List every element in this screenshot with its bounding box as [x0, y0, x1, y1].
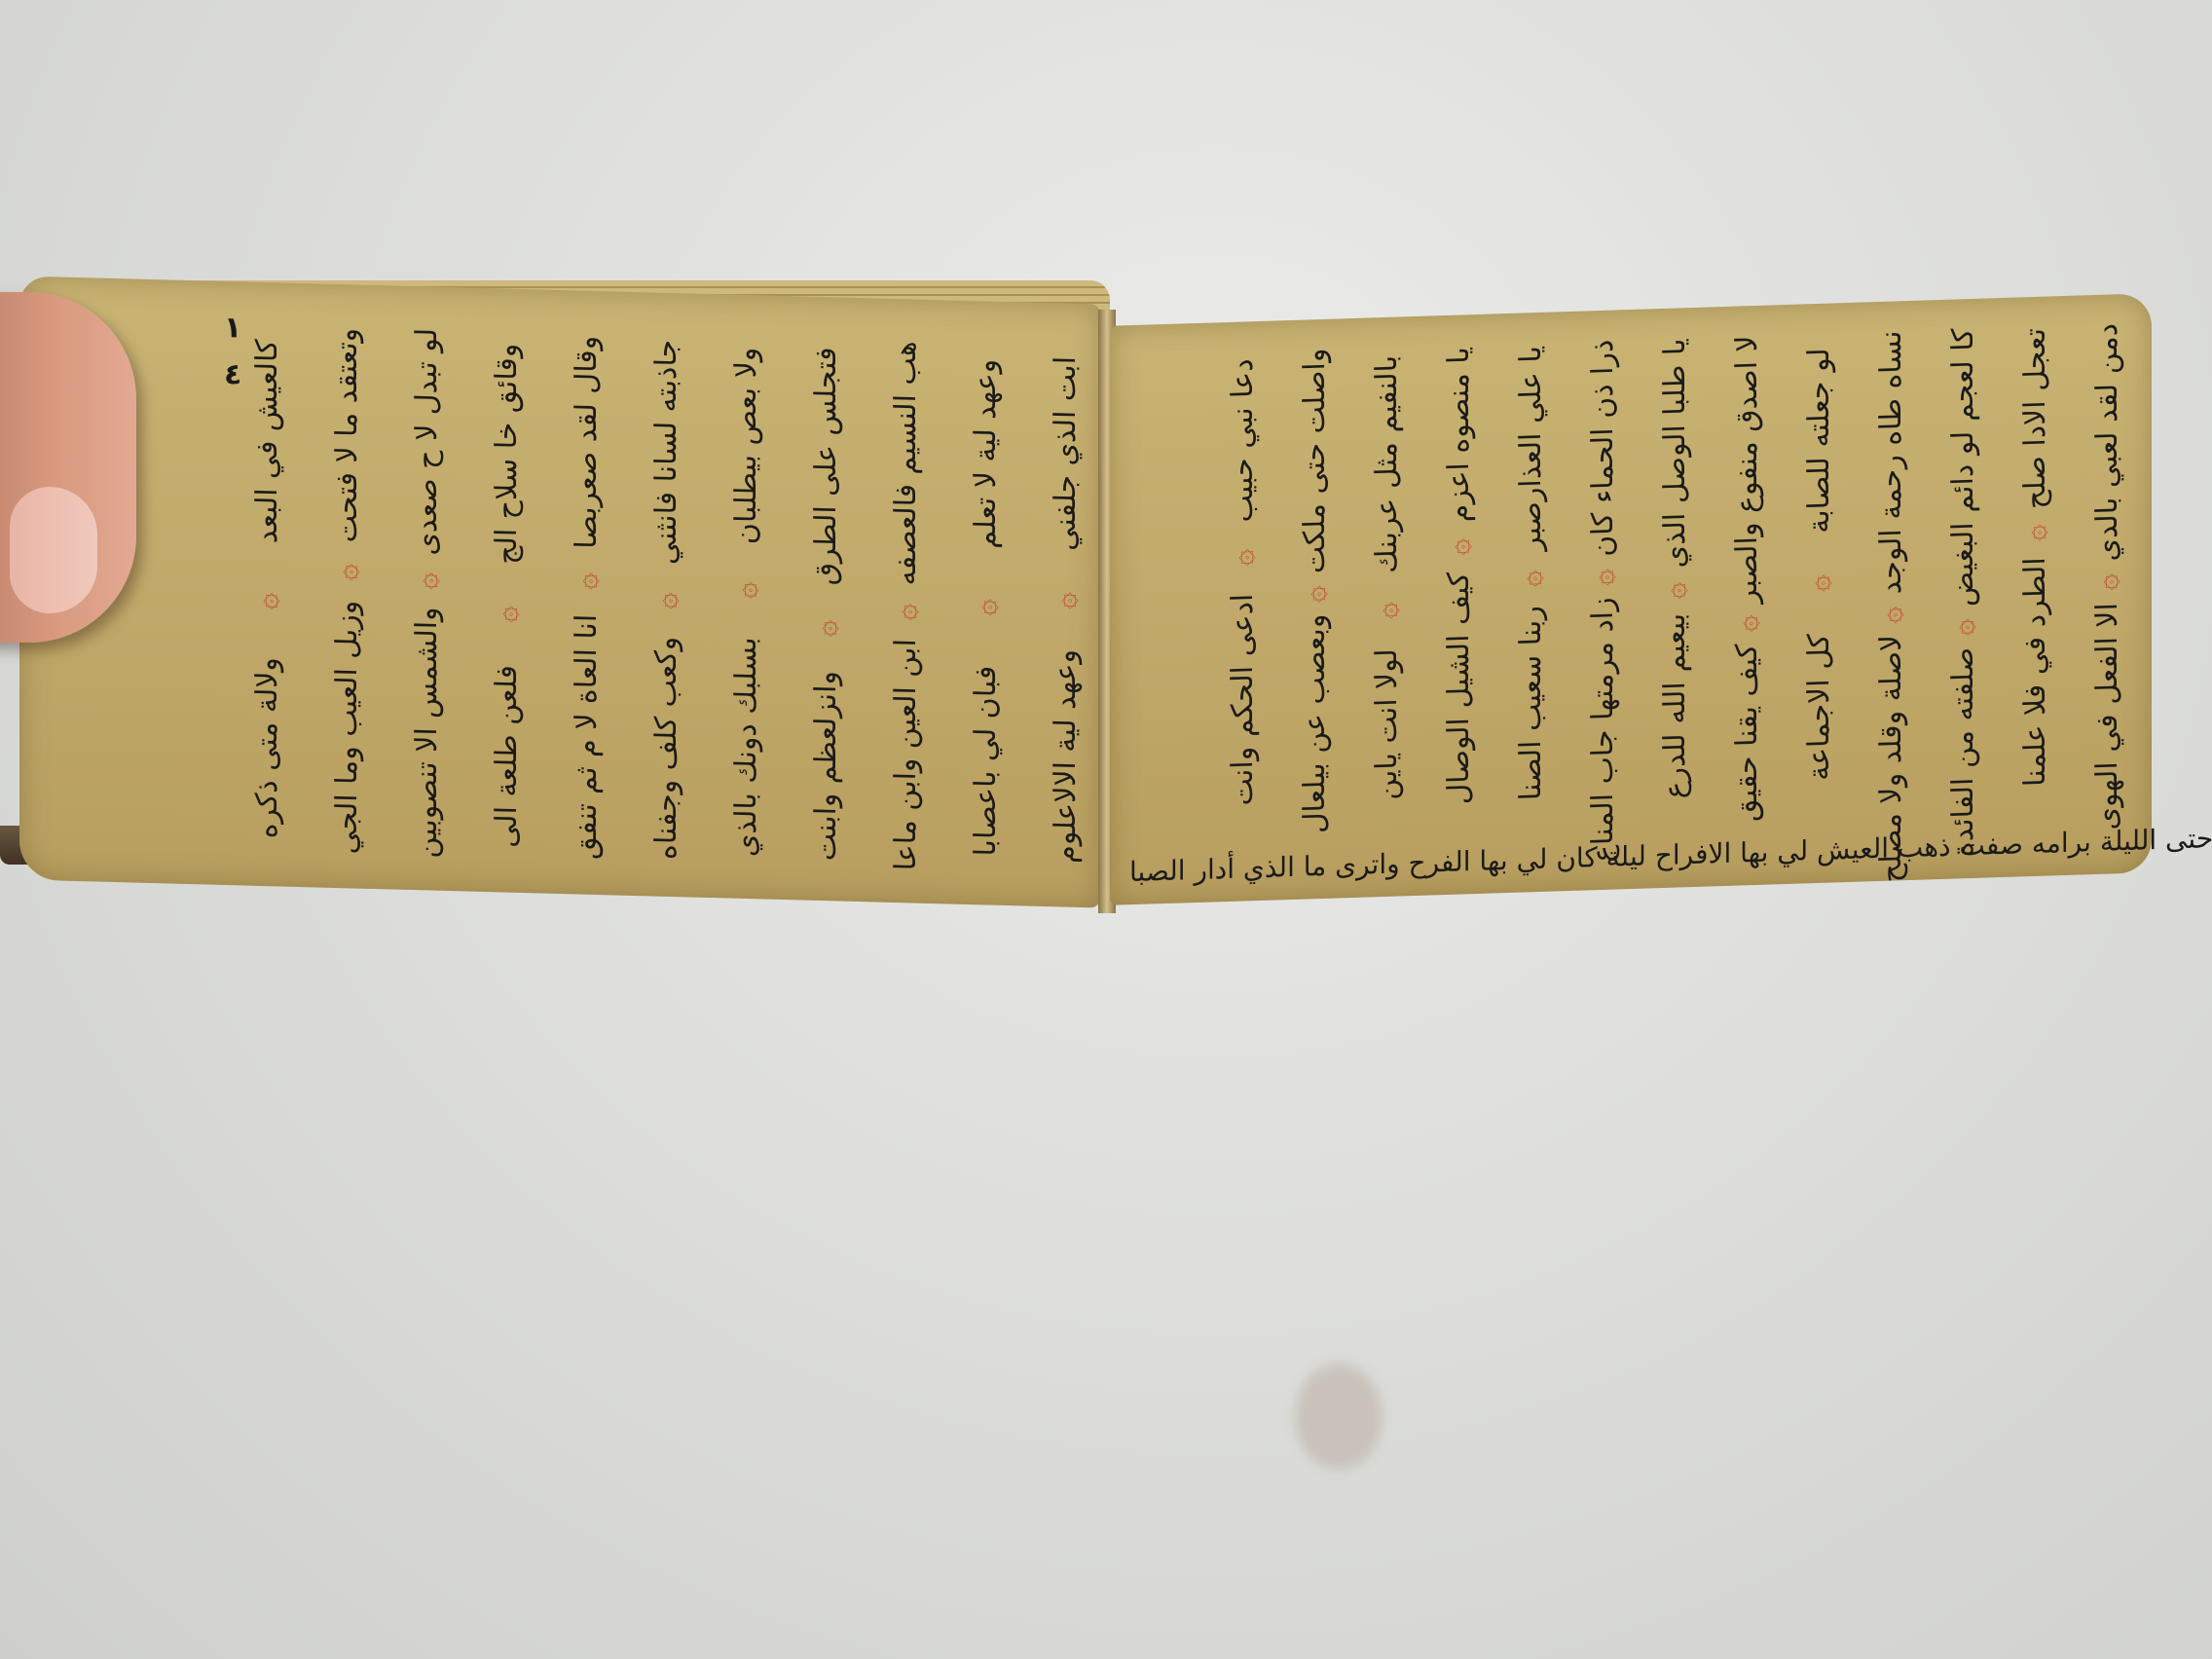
hemistich: ابت الذي جلفني	[1051, 356, 1081, 551]
bottom-margin-text: طلعه حتى الليلة برامه صفت ذهب العيش لي ب…	[1129, 820, 2212, 888]
verse-separator-icon: ۞	[413, 572, 442, 590]
hemistich: ادعى الحكم وانت	[1229, 593, 1258, 806]
hemistich: الا الفعل في الهوى	[2093, 602, 2122, 829]
verse-line: لو جعلته للصابة۞كل الاجماعة	[1805, 332, 1834, 795]
verse-separator-icon: ۞	[972, 599, 1001, 616]
verse-line: كالعيش في البعد۞ولالة متى ذكره	[253, 321, 282, 858]
hemistich: وانزلعظم وابنت	[812, 670, 841, 861]
verse-line: جاذبته لسانا فانثني۞وكعب كلف وجفناه	[652, 331, 682, 867]
verse-line: وتعتقد ما لا فتحت۞وزيل العيب وما الجي	[333, 323, 362, 860]
verse-separator-icon: ۞	[2021, 524, 2050, 542]
verse-separator-icon: ۞	[333, 563, 362, 580]
verse-separator-icon: ۞	[1051, 591, 1081, 608]
hemistich: زاد مرمتها جاب المناع	[1589, 597, 1618, 863]
verse-separator-icon: ۞	[1805, 574, 1834, 593]
verse-separator-icon: ۞	[1877, 606, 1906, 624]
hemistich: بسلبك دونك بالذي	[732, 636, 761, 857]
hemistich: كيف يقنا حقيق	[1733, 644, 1762, 823]
verse-line: ذرا ذن الحماء كان۞زاد مرمتها جاب المناع	[1589, 339, 1618, 802]
hemistich: والشمس الا تنصوبين	[413, 607, 442, 859]
verse-separator-icon: ۞	[1445, 537, 1474, 556]
hemistich: لاصلة وقلد ولا مصلح	[1877, 635, 1906, 884]
hemistich: ولا بعص بيطلبان	[732, 347, 761, 544]
verse-separator-icon: ۞	[1661, 581, 1690, 600]
hemistich: دعا نبي حبيب	[1229, 358, 1258, 523]
hemistich: ذرا ذن الحماء كان	[1589, 339, 1618, 557]
verse-line: هب النسيم فالعصفه۞ابن العين وابن ماعا	[892, 338, 921, 874]
verse-separator-icon: ۞	[652, 592, 682, 609]
hemistich: كالعيش في البعد	[253, 340, 282, 544]
hemistich: انا العاة لا م ثم تنفق	[572, 613, 602, 860]
hemistich: كيف الشيل الوصال	[1445, 571, 1474, 805]
verse-separator-icon: ۞	[892, 604, 921, 621]
page-number-mark: ١	[224, 311, 241, 345]
surface-stain	[1295, 1363, 1382, 1470]
hemistich: ابن العين وابن ماعا	[892, 638, 921, 870]
thumb	[0, 292, 136, 643]
thumbnail	[10, 487, 97, 613]
hemistich: وبعصب عن بيلعال	[1301, 614, 1330, 834]
open-manuscript: ١ ٤ ابت الذي جلفني۞وعهد لية الالاعلوموعه…	[0, 280, 2157, 913]
verse-separator-icon: ۞	[732, 581, 761, 599]
hemistich: دمن لقد لعبي بالدي	[2093, 323, 2122, 562]
verse-separator-icon: ۞	[253, 592, 282, 609]
verse-line: دعا نبي حبيب۞ادعى الحكم وانت	[1229, 350, 1258, 814]
verse-line: واصلت حتى ملكت۞وبعصب عن بيلعال	[1301, 349, 1330, 812]
hemistich: بيعيم الله للدرع	[1661, 612, 1690, 799]
right-page: طلعه حتى الليلة برامه صفت ذهب العيش لي ب…	[1110, 293, 2152, 905]
hemistich: وكعب كلف وجفناه	[652, 636, 682, 860]
verse-line: لو تبدل لا ح صعدى۞والشمس الا تنصوبين	[413, 325, 442, 862]
hemistich: يا منصوه اعزم	[1445, 346, 1474, 522]
verse-line: ولا بعص بيطلبان۞بسلبك دونك بالذي	[732, 334, 761, 870]
hemistich: وزيل العيب وما الجي	[333, 601, 362, 855]
hemistich: لو تبدل لا ح صعدى	[413, 328, 442, 556]
verse-line: وعهد لية لا تعلم۞فبان لي باعصابا	[972, 340, 1001, 876]
hemistich: وعهد لية لا تعلم	[972, 359, 1001, 549]
hemistich: ولالة متى ذكره	[253, 657, 282, 839]
hemistich: وقال لقد صعربصا	[572, 336, 602, 550]
verse-separator-icon: ۞	[1733, 615, 1762, 634]
verse-line: وقال لقد صعربصا۞انا العاة لا م ثم تنفق	[572, 329, 602, 866]
verse-line: فتجلس على الطرق۞وانزلعظم وابنت	[812, 336, 841, 872]
hemistich: وقائق خا سلاح الج	[493, 343, 522, 565]
hemistich: فتجلس على الطرق	[812, 347, 841, 586]
verse-separator-icon: ۞	[1589, 568, 1618, 586]
hemistich: هب النسيم فالعصفه	[892, 341, 921, 586]
verse-line: نساه طاه رحمة الوجد۞لاصلة وقلد ولا مصلح	[1877, 330, 1906, 793]
hemistich: فبان لي باعصابا	[972, 666, 1001, 858]
hemistich: وعهد لية الالاعلوم	[1051, 649, 1081, 865]
hemistich: نساه طاه رحمة الوجد	[1877, 330, 1906, 595]
verse-line: بالنفيم مثل عربنك۞لولا انت ياين	[1373, 346, 1402, 809]
hemistich: ربنا سعيب الصنا	[1517, 606, 1546, 801]
hemistich: الطرد في فلا علمنا	[2021, 557, 2050, 788]
hemistich: لو جعلته للصابة	[1805, 348, 1834, 534]
verse-separator-icon: ۞	[493, 606, 522, 623]
verse-line: وقائق خا سلاح الج۞فلعن طلعة الى	[493, 327, 522, 864]
verse-separator-icon: ۞	[812, 619, 841, 637]
hemistich: صلفته من الفائدة	[1949, 646, 1978, 857]
verse-separator-icon: ۞	[1949, 618, 1978, 637]
verse-line: يا علي العذارصبر۞ربنا سعيب الصنا	[1517, 342, 1546, 805]
verse-separator-icon: ۞	[2093, 573, 2122, 592]
hemistich: جاذبته لسانا فانثني	[652, 340, 682, 566]
hemistich: واصلت حتى ملكت	[1301, 349, 1330, 574]
hemistich: لولا انت ياين	[1373, 648, 1402, 801]
verse-line: كا لعجم لو دائم البغيض۞صلفته من الفائدة	[1949, 328, 1978, 792]
hemistich: كا لعجم لو دائم البغيض	[1949, 328, 1978, 608]
hemistich: تعجل الادا صلح	[2021, 327, 2050, 509]
verse-line: ابت الذي جلفني۞وعهد لية الالاعلوم	[1051, 342, 1081, 878]
verse-separator-icon: ۞	[1229, 549, 1258, 568]
verse-separator-icon: ۞	[1517, 570, 1546, 588]
hemistich: يا علي العذارصبر	[1517, 345, 1546, 551]
verse-line: لا اصدق منفوع والصبر۞كيف يقنا حقيق	[1733, 335, 1762, 798]
verse-line: يا منصوه اعزم۞كيف الشيل الوصال	[1445, 344, 1474, 807]
left-page: ١ ٤ ابت الذي جلفني۞وعهد لية الالاعلوموعه…	[19, 276, 1100, 907]
page-number-mark: ٤	[224, 357, 241, 391]
hemistich: يا طلبا الوصل الذي	[1661, 338, 1690, 569]
hemistich: كل الاجماعة	[1805, 633, 1834, 781]
verse-separator-icon: ۞	[1373, 602, 1402, 620]
hemistich: بالنفيم مثل عربنك	[1373, 354, 1402, 573]
verse-line: تعجل الادا صلح۞الطرد في فلا علمنا	[2021, 325, 2050, 789]
hemistich: لا اصدق منفوع والصبر	[1733, 335, 1762, 605]
verse-line: دمن لقد لعبي بالدي۞الا الفعل في الهوى	[2093, 323, 2122, 787]
verse-separator-icon: ۞	[1301, 585, 1330, 604]
hemistich: فلعن طلعة الى	[493, 665, 522, 848]
verse-line: يا طلبا الوصل الذي۞بيعيم الله للدرع	[1661, 337, 1690, 800]
verse-separator-icon: ۞	[572, 572, 602, 590]
hemistich: وتعتقد ما لا فتحت	[333, 327, 362, 542]
